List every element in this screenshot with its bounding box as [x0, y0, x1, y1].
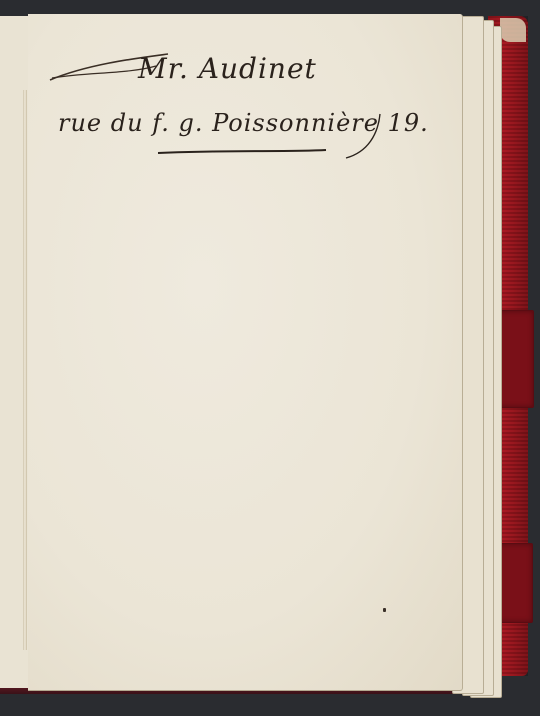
inscription-name: Mr. Audinet — [138, 52, 317, 85]
right-page: Mr. Audinet rue du f. g. Poissonnière 19… — [28, 14, 463, 691]
notebook-photo: Mr. Audinet rue du f. g. Poissonnière 19… — [0, 0, 540, 716]
page-gutter — [23, 90, 27, 650]
worn-cover-corner — [500, 18, 526, 42]
ink-speck — [383, 608, 386, 612]
handwritten-inscription: Mr. Audinet rue du f. g. Poissonnière 19… — [28, 14, 462, 214]
inscription-address: rue du f. g. Poissonnière 19. — [58, 109, 429, 137]
